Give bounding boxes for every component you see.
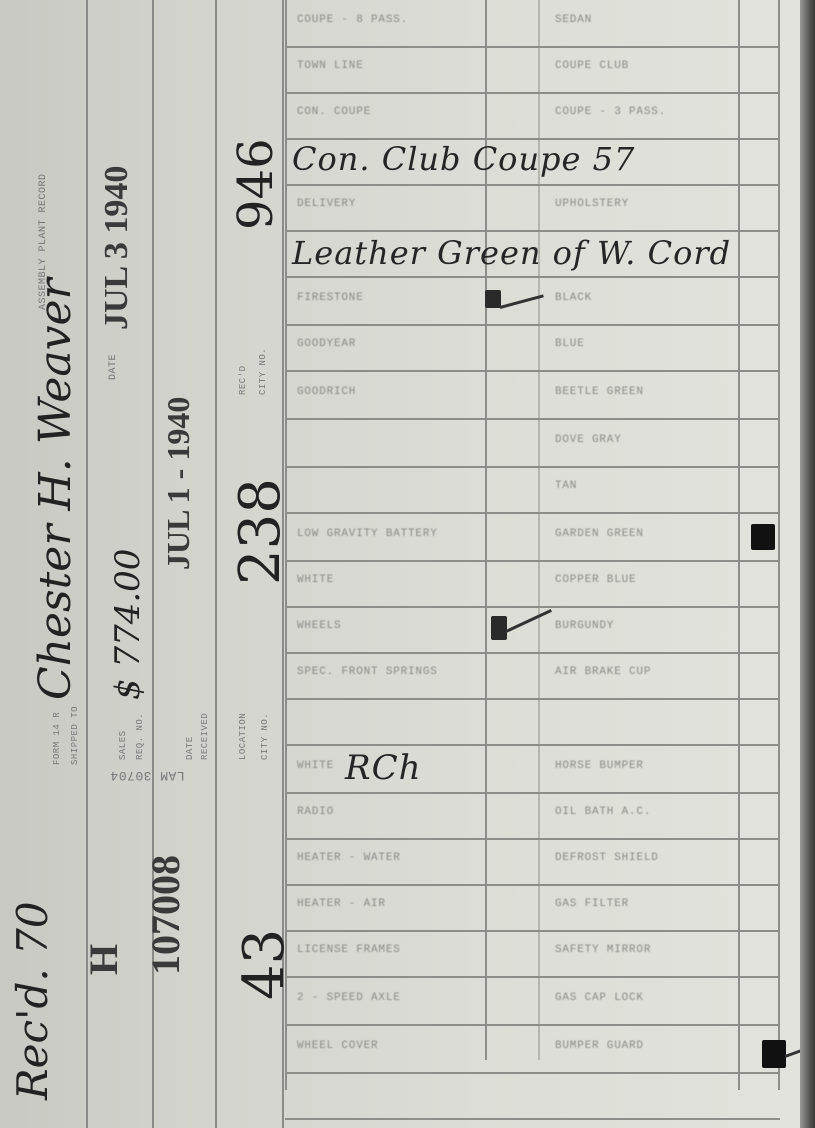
option-right: AIR BRAKE CUP [555,666,651,678]
option-left: HEATER - AIR [297,898,386,910]
grid-row: RADIOOIL BATH A.C. [285,792,780,840]
inverted-stamp: LAM 30704 [110,768,185,783]
option-right: SAFETY MIRROR [555,944,651,956]
option-right: DEFROST SHIELD [555,852,659,864]
option-right: BURGUNDY [555,620,614,632]
price: $ 774.00 [108,549,148,700]
option-left: SPEC. FRONT SPRINGS [297,666,438,678]
received-notation: Rec'd. 70 [8,901,57,1100]
handwritten-trim: Leather Green of W. Cord [292,234,731,272]
grid-row: FIRESTONEBLACK [285,278,780,326]
grid-row: TAN [285,466,780,514]
option-left: WHEEL COVER [297,1040,378,1052]
number-top: 946 [228,138,284,230]
option-left: LICENSE FRAMES [297,944,401,956]
option-left: WHITE [297,760,334,772]
grid-row: TOWN LINECOUPE CLUB [285,46,780,94]
check-mark-garden-green [751,524,775,550]
grid-row: GOODRICHBEETLE GREEN [285,372,780,420]
grid-row-blank [285,1072,780,1120]
check-mark-bumper-guard [762,1040,786,1068]
stamp-label-city-2: CITY NO. [258,348,268,395]
check-mark-wheels [491,616,507,640]
option-left: DELIVERY [297,198,356,210]
date-stamp-main: JUL 1 - 1940 [160,397,197,570]
option-right: GAS CAP LOCK [555,992,644,1004]
option-left: GOODRICH [297,386,356,398]
stamp-label-form: FORM 14 R [52,712,62,765]
option-left: LOW GRAVITY BATTERY [297,528,438,540]
grid-row: WHEEL COVERBUMPER GUARD [285,1026,780,1074]
option-right: SEDAN [555,14,592,26]
option-right: BUMPER GUARD [555,1040,644,1052]
option-right: UPHOLSTERY [555,198,629,210]
option-right: GAS FILTER [555,898,629,910]
grid-row: 2 - SPEED AXLEGAS CAP LOCK [285,978,780,1026]
option-right: DOVE GRAY [555,434,622,446]
option-left: TOWN LINE [297,60,364,72]
option-left: COUPE - 8 PASS. [297,14,408,26]
option-left: GOODYEAR [297,338,356,350]
grid-row: SPEC. FRONT SPRINGSAIR BRAKE CUP [285,652,780,700]
option-left: CON. COUPE [297,106,371,118]
serial-number: 107008 [142,855,189,975]
option-left: WHEELS [297,620,341,632]
handwritten-body-style: Con. Club Coupe 57 [292,140,635,178]
grid-row: LOW GRAVITY BATTERYGARDEN GREEN [285,514,780,562]
stamp-label-sales: SALES [118,730,128,760]
grid-row: GOODYEARBLUE [285,324,780,372]
date-label: DATE [108,354,119,380]
option-right: TAN [555,480,577,492]
record-card: ASSEMBLY PLANT RECORD Chester H. Weaver … [0,0,800,1128]
stamp-label-location: LOCATION [238,713,248,760]
grid-row: DELIVERYUPHOLSTERY [285,184,780,232]
option-right: COUPE CLUB [555,60,629,72]
grid-row: HEATER - WATERDEFROST SHIELD [285,838,780,886]
grid-row: HEATER - AIRGAS FILTER [285,884,780,932]
stamp-label-date: DATE [185,736,195,760]
grid-row: COUPE - 8 PASS.SEDAN [285,0,780,48]
serial-prefix: H [80,944,127,975]
owner-name: Chester H. Weaver [30,278,81,700]
grid-row-blank [285,698,780,746]
date-stamp-top: JUL 3 1940 [98,166,136,330]
option-right: GARDEN GREEN [555,528,644,540]
option-right: BEETLE GREEN [555,386,644,398]
option-left: WHITE [297,574,334,586]
grid-row: WHITECOPPER BLUE [285,560,780,608]
option-right: COUPE - 3 PASS. [555,106,666,118]
handwritten-inspector-initials: RCh [345,748,422,788]
option-left: RADIO [297,806,334,818]
grid-row: WHEELSBURGUNDY [285,606,780,654]
option-right: BLACK [555,292,592,304]
grid-row: LICENSE FRAMESSAFETY MIRROR [285,930,780,978]
grid-row: DOVE GRAY [285,420,780,468]
option-right: COPPER BLUE [555,574,636,586]
stamp-label-shipped: SHIPPED TO [70,706,80,765]
option-right: OIL BATH A.C. [555,806,651,818]
left-rule-3 [215,0,217,1128]
option-left: FIRESTONE [297,292,364,304]
stamp-label-req: REQ. NO. [135,713,145,760]
option-right: BLUE [555,338,585,350]
option-left: HEATER - WATER [297,852,401,864]
stamp-label-city: CITY NO. [260,713,270,760]
option-left: 2 - SPEED AXLE [297,992,401,1004]
stamp-label-received: RECEIVED [200,713,210,760]
stamp-label-recd: REC'D [238,365,248,395]
grid-row: CON. COUPECOUPE - 3 PASS. [285,92,780,140]
card-edge-shadow [800,0,815,1128]
option-right: HORSE BUMPER [555,760,644,772]
